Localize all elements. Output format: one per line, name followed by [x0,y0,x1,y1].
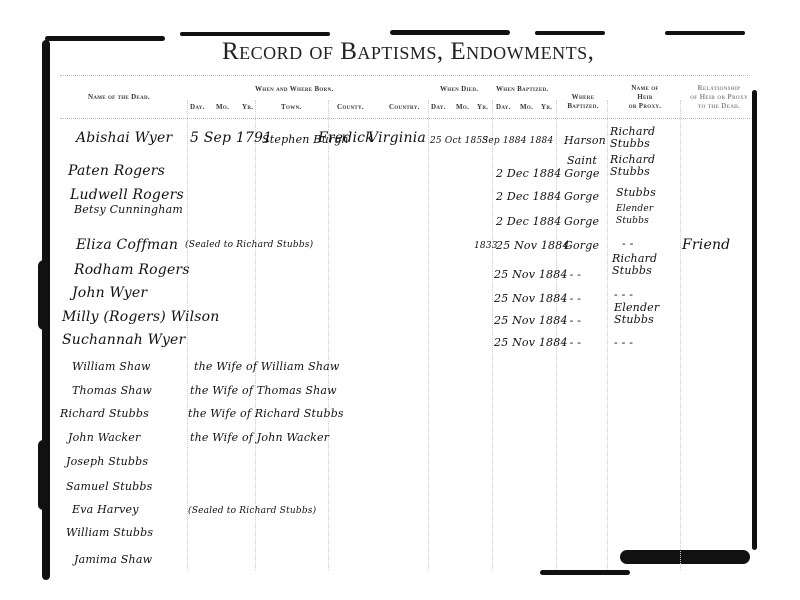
page-title: Record of Baptisms, Endowments, [222,38,594,66]
header-died-day: Day. [431,103,446,112]
entry-baptized: Sep 1884 1884 [482,136,553,146]
entry-heir: Richard Stubbs [612,253,672,277]
entry-name: Richard Stubbs [60,407,149,420]
column-divider [607,100,608,570]
entry-died-year: 1833 [474,241,498,251]
entry-name: Betsy Cunningham [74,203,194,217]
entry-note: (Sealed to Richard Stubbs) [188,506,316,516]
torn-edge-right [752,90,757,550]
header-heir-line: Name of [620,84,670,93]
entry-county: Fredick [318,130,374,146]
column-divider [255,100,256,570]
torn-edge-top [390,30,510,35]
entry-name: John Wacker [68,431,140,444]
entry-name: Paten Rogers [68,163,165,179]
entry-heir: - - - [614,288,633,301]
entry-name: John Wyer [72,285,147,301]
entry-wife: the Wife of John Wacker [190,431,329,444]
entry-baptized: 25 Nov 1884 [494,336,568,349]
column-divider [328,100,329,570]
entry-baptized: 25 Nov 1884 [494,314,568,327]
entry-where-baptized: Gorge [564,190,599,203]
rule-line [60,75,750,76]
entry-where-baptized: - - - [562,268,581,281]
torn-edge-top [665,31,745,35]
entry-name: Samuel Stubbs [66,480,153,493]
entry-heir: Richard Stubbs [610,154,670,178]
header-bap-yr: Yr. [541,103,552,112]
header-died-mo: Mo. [456,103,469,112]
header-rel-line: Relationship [688,84,750,93]
entry-baptized: 25 Nov 1884 [496,239,570,252]
header-where-baptized-line: Baptized. [563,102,603,111]
header-rel-line: to the Dead. [688,102,750,111]
entry-died: 25 Oct 1853 [430,136,488,146]
entry-wife: the Wife of William Shaw [194,360,339,373]
entry-heir: Elender Stubbs [614,302,668,326]
entry-name: Eva Harvey [72,503,139,516]
header-bap-day: Day. [496,103,511,112]
header-where-baptized-line: Where [563,93,603,102]
entry-baptized: 2 Dec 1884 [496,190,561,203]
entry-name: Eliza Coffman [76,237,178,253]
entry-name: Jamima Shaw [74,553,152,566]
entry-name: Suchannah Wyer [62,332,185,348]
torn-edge-top [180,32,330,36]
entry-wife: the Wife of Thomas Shaw [190,384,337,397]
column-divider [680,100,681,570]
header-heir-line: or Proxy. [620,102,670,111]
entry-note: (Sealed to Richard Stubbs) [185,240,313,250]
entry-wife: the Wife of Richard Stubbs [188,407,344,420]
column-divider [187,100,188,570]
torn-edge-bottom [620,550,750,564]
column-divider [492,100,493,570]
header-country: Country. [389,103,420,112]
record-page: Record of Baptisms, Endowments, Name of … [0,0,800,600]
rule-line [60,118,750,119]
entry-name: Rodham Rogers [74,262,190,278]
header-when-where-born: When and Where Born. [255,85,334,94]
entry-born-date: 5 Sep 1791 [190,130,272,146]
entry-where-baptized: Harson [564,134,606,147]
entry-where-baptized: Gorge [564,239,599,252]
entry-where-baptized: Saint Gorge [558,154,606,180]
entry-name: Ludwell Rogers [70,187,184,203]
header-heir-line: Heir [620,93,670,102]
header-name-of-dead: Name of the Dead. [88,93,150,102]
entry-name: William Shaw [72,360,151,373]
header-town: Town. [281,103,301,112]
header-bap-mo: Mo. [520,103,533,112]
header-when-baptized: When Baptized. [496,85,548,94]
entry-baptized: 25 Nov 1884 [494,292,568,305]
header-born-yr: Yr. [242,103,253,112]
header-heir-proxy: Name of Heir or Proxy. [620,84,670,111]
entry-where-baptized: - - - [562,314,581,327]
entry-baptized: 2 Dec 1884 [496,215,561,228]
entry-relationship: Friend [682,237,730,253]
header-rel-line: of Heir or Proxy [688,93,750,102]
torn-edge-top [45,36,165,41]
entry-baptized: 2 Dec 1884 [496,167,561,180]
header-died-yr: Yr. [477,103,488,112]
column-divider [428,100,429,570]
header-born-day: Day. [190,103,205,112]
header-born-mo: Mo. [216,103,229,112]
entry-name: William Stubbs [66,526,153,539]
entry-where-baptized: - - - [562,336,581,349]
entry-name: Thomas Shaw [72,384,152,397]
header-where-baptized: Where Baptized. [563,93,603,111]
entry-heir: Richard Stubbs [610,126,670,150]
entry-heir: - - [622,237,634,250]
entry-name: Abishai Wyer [76,130,172,146]
torn-edge-left [38,440,48,510]
entry-baptized: 25 Nov 1884 [494,268,568,281]
torn-edge-top [535,31,605,35]
header-when-died: When Died. [440,85,478,94]
torn-edge-left [38,260,50,330]
entry-name: Joseph Stubbs [66,455,148,468]
entry-heir: Stubbs [616,186,656,199]
header-relationship: Relationship of Heir or Proxy to the Dea… [688,84,750,111]
entry-heir: Elender Stubbs [616,203,666,227]
entry-where-baptized: Gorge [564,215,599,228]
header-county: County. [337,103,364,112]
entry-where-baptized: - - - [562,292,581,305]
entry-country: Virginia [368,130,426,146]
entry-heir: - - - [614,336,633,349]
entry-name: Milly (Rogers) Wilson [62,309,220,325]
torn-edge-bottom [540,570,630,575]
